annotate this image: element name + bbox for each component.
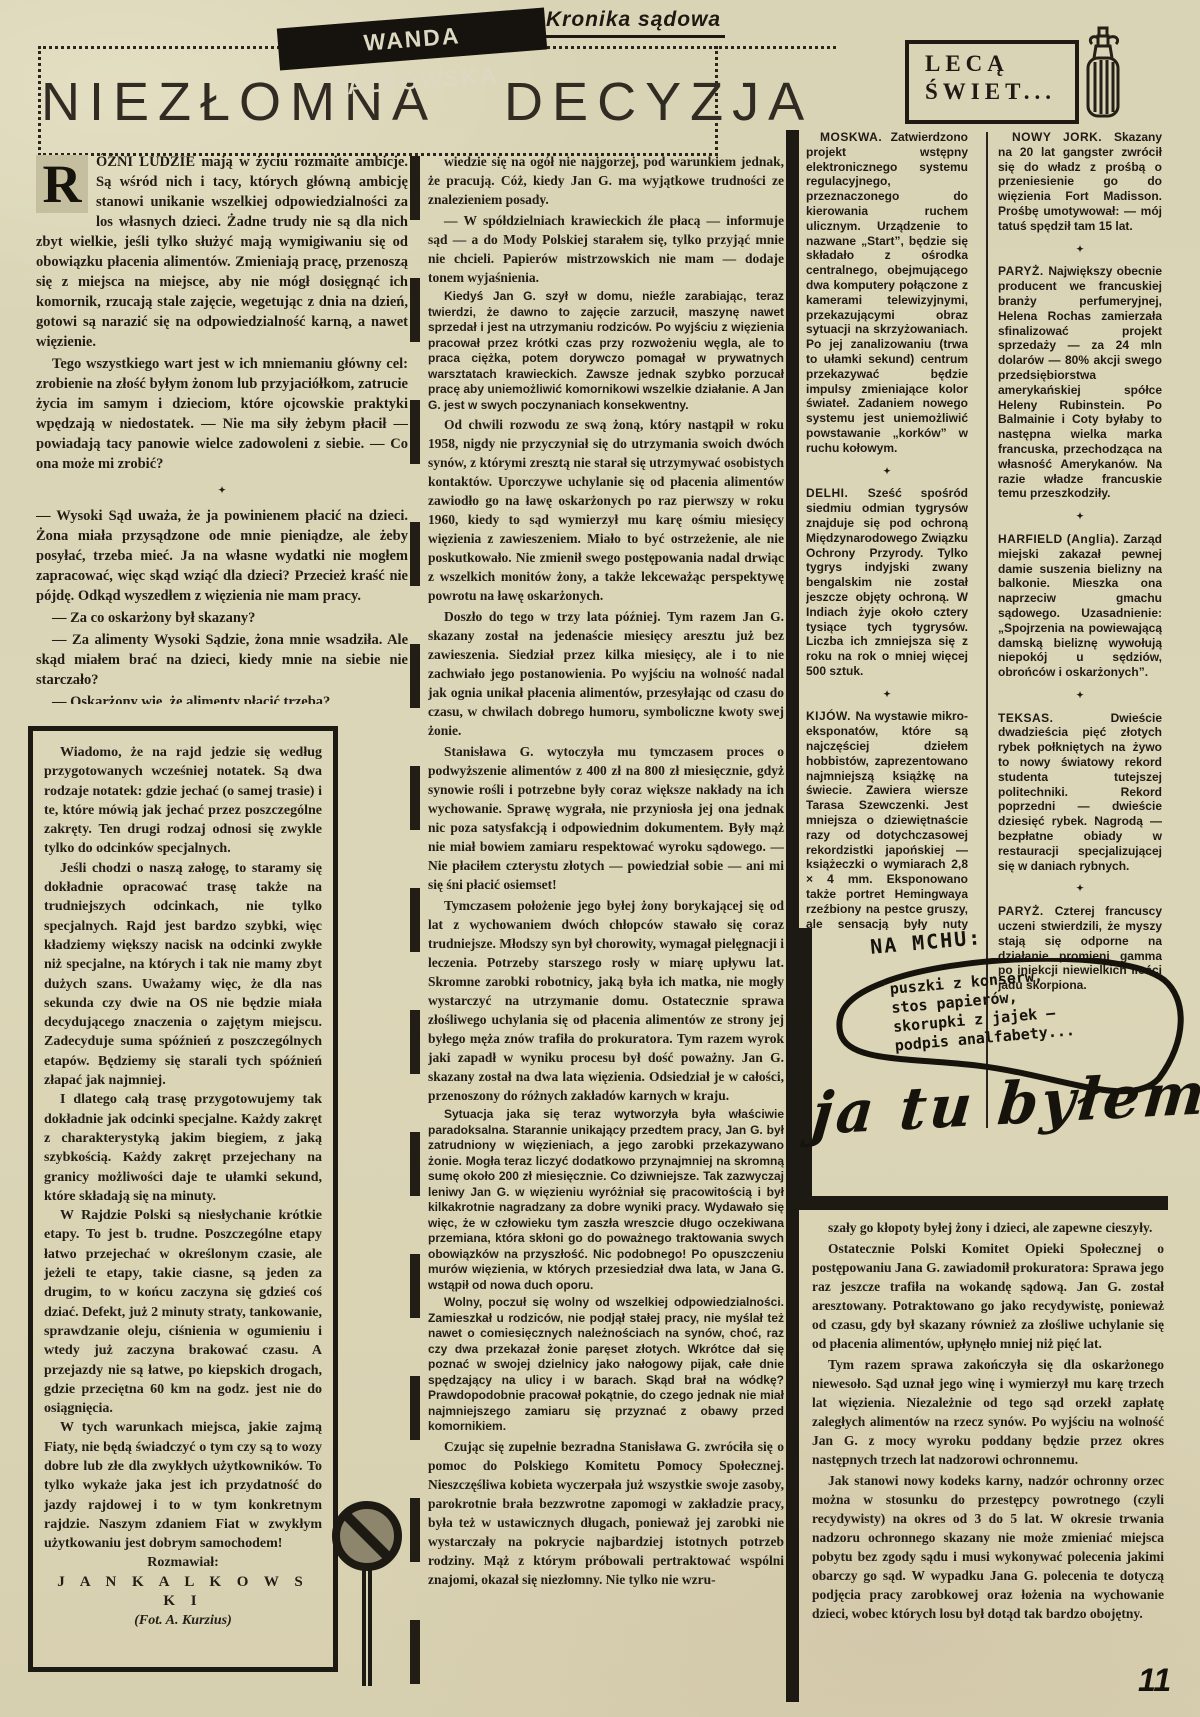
paragraph: — Za co oskarżony był skazany?: [36, 608, 408, 628]
paragraph: Jak stanowi nowy kodeks karny, nadzór oc…: [812, 1471, 1164, 1623]
article-column-1: RÓŻNI LUDZIE mają w życiu rozmaite ambic…: [36, 152, 408, 704]
paragraph: Ostatecznie Polski Komitet Opieki Społec…: [812, 1239, 1164, 1353]
paragraph: Doszło do tego w trzy lata później. Tym …: [428, 607, 784, 740]
cartoon-frame-left: [786, 928, 812, 1210]
paragraph: Tym razem sprawa zakończyła się dla oska…: [812, 1355, 1164, 1469]
paragraph: Wolny, poczuł się wolny od wszelkiej odp…: [428, 1295, 784, 1435]
paragraph: I dlatego całą trasę przygotowujemy tak …: [44, 1090, 322, 1206]
news-item: KIJÓW. Na wystawie mikro-eksponatów, któ…: [806, 687, 968, 930]
article-column-2: wiedzie się na ogół nie najgorzej, pod w…: [428, 152, 784, 1710]
paragraph: Czując się zupełnie bezradna Stanisława …: [428, 1437, 784, 1589]
rally-interview-box: Wiadomo, że na rajd jedzie się według pr…: [28, 726, 338, 1672]
dotted-rule: [714, 46, 836, 49]
siphon-bottle-illustration: [1076, 24, 1130, 129]
photo-credit: (Fot. A. Kurzius): [44, 1611, 322, 1630]
section-label: Kronika sądowa: [546, 8, 725, 38]
cartoon-title: NA MCHU:: [869, 925, 983, 959]
paragraph: W Rajdzie Polski są niesłychanie krótkie…: [44, 1206, 322, 1418]
fliers-box-title: LECĄ ŚWIET...: [905, 40, 1079, 124]
news-briefs-left: MOSKWA. Zatwierdzono projekt wstępny ele…: [806, 130, 968, 930]
news-item: PARYŻ. Największy obecnie producent we f…: [998, 242, 1162, 502]
paragraph: Wiadomo, że na rajd jedzie się według pr…: [44, 743, 322, 859]
paragraph: Tymczasem położenie jego byłej żony bory…: [428, 896, 784, 1105]
cartoon-bubble-text: puszki z konserw, stos papierów, skorupk…: [889, 964, 1076, 1055]
news-item: DELHI. Sześć spośród siedmiu odmian tygr…: [806, 464, 968, 679]
paragraph: — Za alimenty Wysoki Sądzie, żona mnie w…: [36, 630, 408, 690]
heavy-column-rule: [786, 130, 799, 1702]
news-city-dateline: NOWY JORK.: [1012, 130, 1114, 144]
paragraph: Sytuacja jaka się teraz wytworzyła była …: [428, 1107, 784, 1293]
news-city-dateline: KIJÓW.: [806, 709, 855, 723]
news-city-dateline: PARYŻ.: [998, 264, 1048, 278]
no-stopping-sign-icon: [330, 1496, 404, 1697]
paragraph: Kiedyś Jan G. szył w domu, nieźle zarabi…: [428, 289, 784, 413]
news-item: NOWY JORK. Skazany na 20 lat gangster zw…: [998, 130, 1162, 234]
paragraph: Od chwili rozwodu ze swą żoną, który nas…: [428, 415, 784, 605]
paragraph: — Wysoki Sąd uważa, że ja powinienem pła…: [36, 480, 408, 606]
news-city-dateline: PARYŻ.: [998, 904, 1055, 918]
paragraph: wiedzie się na ogół nie najgorzej, pod w…: [428, 152, 784, 209]
cartoon-frame-bottom: [786, 1196, 1168, 1210]
news-city-dateline: DELHI.: [806, 486, 868, 500]
news-city-dateline: MOSKWA.: [820, 130, 891, 144]
paragraph: Jeśli chodzi o naszą załogę, to staramy …: [44, 859, 322, 1091]
paragraph: — W spółdzielniach krawieckich źle płacą…: [428, 211, 784, 287]
paragraph: W tych warunkach miejsca, jakie zajmą Fi…: [44, 1418, 322, 1553]
news-city-dateline: HARFIELD (Anglia).: [998, 532, 1123, 546]
paragraph: szały go kłopoty byłej żony i dzieci, al…: [812, 1218, 1164, 1237]
article-continuation-column: szały go kłopoty byłej żony i dzieci, al…: [812, 1218, 1164, 1692]
byline-label: Rozmawiał:: [44, 1553, 322, 1572]
newspaper-page: NIEZŁOMNA DECYZJA WANDA FALKOWSKA Kronik…: [0, 0, 1200, 1717]
page-number: 11: [1138, 1662, 1171, 1699]
byline-name: J A N K A L K O W S K I: [44, 1573, 322, 1612]
news-item: HARFIELD (Anglia). Zarząd miejski zakaza…: [998, 509, 1162, 680]
drop-cap: R: [36, 155, 88, 213]
paragraph: Tego wszystkiego wart jest w ich mnieman…: [36, 354, 408, 474]
paragraph: — Oskarżony wie, że alimenty płacić trze…: [36, 692, 408, 704]
news-city-dateline: TEKSAS.: [998, 711, 1111, 725]
lead-paragraph: RÓŻNI LUDZIE mają w życiu rozmaite ambic…: [36, 152, 408, 352]
broken-column-rule: [410, 156, 420, 1704]
news-item: MOSKWA. Zatwierdzono projekt wstępny ele…: [806, 130, 968, 456]
news-item: TEKSAS. Dwieście dwadzieścia pięć złotyc…: [998, 688, 1162, 874]
paragraph: Stanisława G. wytoczyła mu tymczasem pro…: [428, 742, 784, 894]
